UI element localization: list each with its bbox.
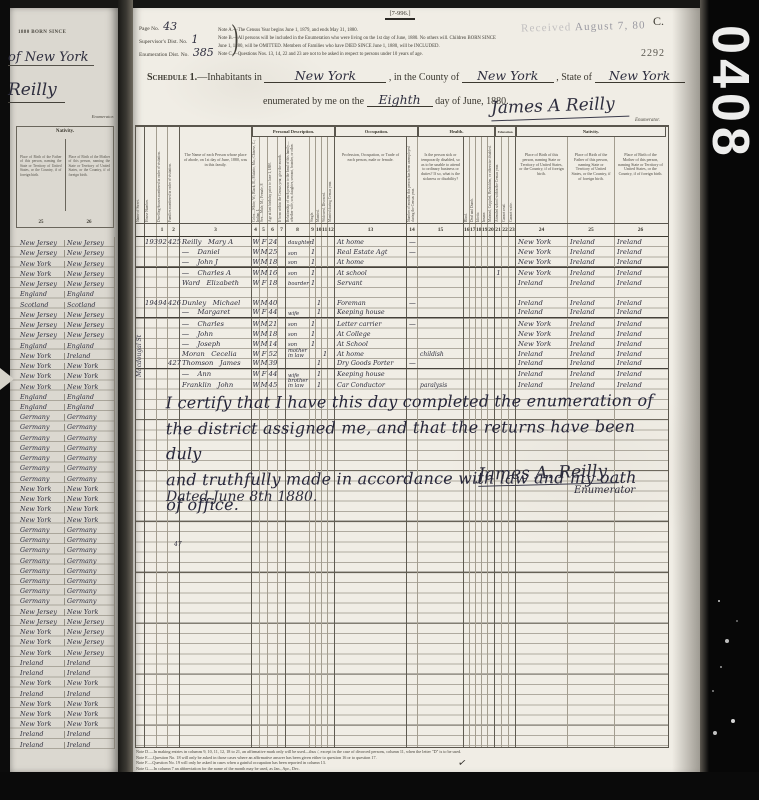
prev-page-row: New Jersey New Jersey [10, 616, 114, 626]
cell-color: W [252, 371, 260, 379]
cell-occupation: At School [335, 341, 407, 349]
census-entry-row [136, 288, 668, 298]
prev-page-row: Germany Germany [10, 534, 114, 544]
prev-page-row: Germany Germany [10, 421, 114, 431]
cell-relationship: boarder [286, 282, 310, 288]
cell-maimed [488, 328, 495, 329]
cell-color: W [252, 239, 260, 247]
cell-cannot-read [502, 367, 509, 368]
cell-mother-birthplace: Ireland [615, 300, 666, 308]
mother-birthplace: Germany [65, 414, 97, 421]
column-header: Families numbered in order of visitation… [168, 127, 180, 223]
cell-family-no: 426 [168, 300, 180, 308]
column-number [136, 224, 145, 236]
film-bottom-band [0, 772, 759, 800]
cell-cannot-write [509, 316, 516, 317]
father-birthplace: New York [10, 721, 65, 728]
cell-father-birthplace: Ireland [568, 259, 615, 267]
cell-dwelling-no [157, 256, 168, 257]
cell-family-no [168, 378, 180, 379]
cell-father-birthplace: Ireland [568, 280, 615, 288]
cell-months-unemployed: — [407, 300, 418, 308]
cell-married-in-year [328, 287, 335, 288]
footer-notes: Note D.—In making entries in columns 9, … [136, 749, 668, 772]
cell-maimed [488, 256, 495, 257]
cell-married-in-year [328, 307, 335, 308]
cell-occupation [335, 297, 407, 298]
cell-months-unemployed [407, 266, 418, 267]
cell-dwelling-no [157, 358, 168, 359]
cell-birth-month [278, 328, 286, 329]
column-header: House Number. [145, 127, 157, 223]
father-birthplace: New Jersey [10, 312, 65, 319]
cell-house-no [145, 328, 157, 329]
cell-married-in-year [328, 348, 335, 349]
prev-page-row: New York New Jersey [10, 268, 114, 278]
cell-family-no [168, 256, 180, 257]
cell-cannot-write [509, 266, 516, 267]
father-birthplace: Germany [10, 476, 65, 483]
cell-age: 44 [268, 309, 278, 317]
father-birthplace: Scotland [10, 302, 65, 309]
column-header: Place of Birth of the Mother of this per… [615, 127, 666, 223]
cell-sex: M [260, 259, 268, 267]
cell-sex: F [260, 239, 268, 247]
prev-page-row: New Jersey New York [10, 605, 114, 615]
cell-married-in-year [328, 277, 335, 278]
prev-page-row: New York New York [10, 493, 114, 503]
cell-attended-school [495, 297, 502, 298]
table-body: Macdougal St 193 92 425 Reilly Mary A W … [136, 237, 668, 747]
cell-house-no: 194 [145, 300, 157, 308]
cell-mother-birthplace: Ireland [615, 371, 666, 379]
census-entry-row: ― Daniel W M 25 son 1 Real Estate Agt — [136, 247, 668, 257]
cell-sickness [418, 328, 464, 329]
cell-age: 21 [268, 321, 278, 329]
cell-occupation: Keeping house [335, 309, 407, 317]
cell-maimed [488, 358, 495, 359]
cell-sickness [418, 246, 464, 247]
cell-father-birthplace: Ireland [568, 300, 615, 308]
cell-house-no [145, 297, 157, 298]
cell-cannot-write [509, 297, 516, 298]
mother-birthplace: Germany [65, 578, 97, 585]
column-header: The Name of each Person whose place of a… [180, 127, 252, 223]
cell-father-birthplace: Ireland [568, 341, 615, 349]
cell-dwelling-no: 92 [157, 239, 168, 247]
cell-mother-birthplace: Ireland [615, 259, 666, 267]
prev-page-state-fragment: of New York [8, 50, 94, 66]
cell-cannot-read [502, 378, 509, 379]
cell-street [136, 256, 145, 257]
mother-birthplace: Germany [65, 435, 97, 442]
cell-birth-month [278, 297, 286, 298]
enumeration-date-line: enumerated by me on the Eighth day of Ju… [263, 94, 509, 107]
cell-relationship: son [286, 272, 310, 278]
mother-birthplace: New York [65, 373, 98, 380]
cell-street [136, 389, 145, 390]
cell-color: W [252, 300, 260, 308]
mother-birthplace: Ireland [65, 731, 90, 738]
cell-name: ― John J [180, 259, 252, 267]
cell-attended-school [495, 307, 502, 308]
cell-mother-birthplace: Ireland [615, 360, 666, 368]
cell-sex: F [260, 371, 268, 379]
cell-family-no: 427 [168, 360, 180, 368]
prev-page-row: New York New York [10, 503, 114, 513]
prev-page-row: Germany Germany [10, 452, 114, 462]
prev-page-row: Germany Germany [10, 585, 114, 595]
cell-occupation: At home [335, 239, 407, 247]
prev-page-row: Scotland Scotland [10, 298, 114, 308]
cell-house-no [145, 348, 157, 349]
column-number: 14 [407, 224, 418, 236]
page-no-label: Page No. [139, 26, 159, 32]
mother-birthplace: England [65, 394, 94, 401]
column-header: Name of Street. [136, 127, 145, 223]
prev-page-row: Germany Germany [10, 575, 114, 585]
cell-street [136, 287, 145, 288]
cell-color: W [252, 360, 260, 368]
page-edge-shadow [672, 8, 700, 772]
cell-occupation: Keeping house [335, 371, 407, 379]
prev-page-row: New York New Jersey [10, 646, 114, 656]
father-birthplace: Germany [10, 455, 65, 462]
cell-sickness [418, 378, 464, 379]
cell-sickness [418, 277, 464, 278]
cell-mother-birthplace: Ireland [615, 309, 666, 317]
cell-family-no [168, 277, 180, 278]
cell-maimed [488, 338, 495, 339]
cell-sex: M [260, 300, 268, 308]
column-header: Age at last birthday prior to June 1, 18… [268, 127, 278, 223]
cell-months-unemployed [407, 378, 418, 379]
form-number: [7-996.] [365, 10, 435, 17]
column-number: 23 [509, 224, 516, 236]
cell-father-birthplace: Ireland [568, 360, 615, 368]
prev-page-row: New York Ireland [10, 350, 114, 360]
column-number: 3 [180, 224, 252, 236]
enumerator-printed-label: Enumerator. [635, 118, 660, 123]
cell-street [136, 307, 145, 308]
prev-page-row: New Jersey New Jersey [10, 278, 114, 288]
cell-birthplace: Ireland [516, 371, 568, 379]
prev-page-row: Germany Germany [10, 411, 114, 421]
cell-birthplace: New York [516, 321, 568, 329]
cell-relationship: mother in law [286, 349, 310, 360]
mother-birthplace: New Jersey [65, 619, 104, 626]
cell-father-birthplace [568, 297, 615, 298]
cell-family-no [168, 348, 180, 349]
mother-birthplace: New Jersey [65, 281, 104, 288]
prev-page-row: Germany Germany [10, 544, 114, 554]
cell-age: 40 [268, 300, 278, 308]
census-entry-row: 194 94 426 Dunley Michael W M 40 1 Fo [136, 298, 668, 308]
cell-dwelling-no [157, 378, 168, 379]
cell-birthplace: New York [516, 249, 568, 257]
cell-married-in-year [328, 266, 335, 267]
prev-page-birthplace-rows: New Jersey New Jersey New Jersey New Jer… [10, 237, 115, 749]
mother-birthplace: New Jersey [65, 629, 104, 636]
cell-maimed [488, 348, 495, 349]
cell-months-unemployed: — [407, 249, 418, 257]
cell-name: Franklin John [180, 382, 252, 390]
cell-married-in-year [328, 358, 335, 359]
cell-married-in-year [328, 316, 335, 317]
column-number: 21 [495, 224, 502, 236]
prev-page-row: Germany Germany [10, 524, 114, 534]
cell-family-no [168, 266, 180, 267]
cell-house-no [145, 266, 157, 267]
cell-house-no [145, 316, 157, 317]
cell-attended-school [495, 358, 502, 359]
column-number: 22 [502, 224, 509, 236]
mother-birthplace: New Jersey [65, 332, 104, 339]
mother-birthplace: New Jersey [65, 250, 104, 257]
cell-cannot-read [502, 338, 509, 339]
cell-months-unemployed [407, 316, 418, 317]
note-b: Note B.—All persons will be included in … [218, 35, 553, 43]
mother-birthplace: Germany [65, 455, 97, 462]
cell-sickness [418, 297, 464, 298]
supervisor-dist-label: Supervisor's Dist. No. [139, 39, 187, 45]
cell-occupation: Letter carrier [335, 321, 407, 329]
group-education: Education. [495, 127, 516, 137]
cell-family-no [168, 338, 180, 339]
cell-father-birthplace: Ireland [568, 309, 615, 317]
prev-page-row: New York New Jersey [10, 257, 114, 267]
census-entry-row: ― Charles A W M 16 son 1 At school [136, 268, 668, 278]
father-birthplace: Ireland [10, 742, 65, 749]
census-entry-row: ― John W M 18 son 1 At College [136, 329, 668, 339]
father-birthplace: Germany [10, 578, 65, 585]
cell-maimed [488, 277, 495, 278]
father-birthplace: England [10, 404, 65, 411]
note-b-cont: June 1, 1880, will be OMITTED. Members o… [218, 43, 553, 51]
cell-birthplace: New York [516, 259, 568, 267]
cell-cannot-write [509, 256, 516, 257]
father-birthplace: Ireland [10, 731, 65, 738]
cell-birth-month [278, 378, 286, 379]
cell-color: W [252, 309, 260, 317]
cell-occupation: At College [335, 331, 407, 339]
mother-birthplace: Germany [65, 476, 97, 483]
father-birthplace: Germany [10, 568, 65, 575]
cell-birth-month [278, 338, 286, 339]
mother-birthplace: New Jersey [65, 639, 104, 646]
prev-page-row: New Jersey New Jersey [10, 247, 114, 257]
cell-color: W [252, 270, 260, 278]
cell-sickness [418, 266, 464, 267]
prev-page-row: England England [10, 391, 114, 401]
cell-house-no [145, 358, 157, 359]
cell-dwelling-no [157, 297, 168, 298]
prev-page-row: New York New Jersey [10, 626, 114, 636]
prev-page-row: New York New York [10, 380, 114, 390]
cell-cannot-read [502, 348, 509, 349]
column-number: 25 [568, 224, 615, 236]
cell-street [136, 328, 145, 329]
county-label: , in the County of [389, 72, 459, 83]
certification-line: the district assigned me, and that the r… [166, 413, 656, 467]
father-birthplace: Germany [10, 465, 65, 472]
reel-number: 0408 [700, 0, 759, 185]
cell-months-unemployed: — [407, 321, 418, 329]
supervisor-dist-value: 1 [191, 33, 198, 46]
cell-father-birthplace: Ireland [568, 331, 615, 339]
stray-mark: 47 [174, 541, 182, 548]
cell-name: ― Daniel [180, 249, 252, 257]
cell-mother-birthplace [615, 297, 666, 298]
column-header: Place of Birth of this person, naming St… [516, 127, 568, 223]
printed-notes: Note A.—The Census Year begins June 1, 1… [218, 27, 553, 59]
cell-family-no [168, 316, 180, 317]
cell-occupation: Servant [335, 280, 407, 288]
cell-house-no [145, 367, 157, 368]
cell-cannot-write [509, 367, 516, 368]
cell-relationship: son [286, 252, 310, 258]
cell-street [136, 297, 145, 298]
prev-page-row: Germany Germany [10, 462, 114, 472]
cell-house-no [145, 256, 157, 257]
cell-cannot-write [509, 307, 516, 308]
column-header: Number of months this person has been un… [407, 127, 418, 223]
column-number: 6 [268, 224, 278, 236]
cell-sickness [418, 367, 464, 368]
column-header: Is the person sick or temporarily disabl… [418, 127, 464, 223]
father-birthplace: New York [10, 353, 65, 360]
cell-dwelling-no [157, 328, 168, 329]
cell-birthplace: Ireland [516, 360, 568, 368]
cell-birthplace: New York [516, 270, 568, 278]
cell-color: W [252, 331, 260, 339]
prev-page-row: England England [10, 288, 114, 298]
father-birthplace: New Jersey [10, 281, 65, 288]
mother-birthplace: New York [65, 721, 98, 728]
cell-sickness [418, 256, 464, 257]
prev-page-row: New York New York [10, 698, 114, 708]
cell-sex [260, 297, 268, 298]
father-birthplace: Germany [10, 558, 65, 565]
cell-mother-birthplace: Ireland [615, 270, 666, 278]
mother-birthplace: Germany [65, 568, 97, 575]
cell-color: W [252, 259, 260, 267]
cell-maimed [488, 297, 495, 298]
cell-birth-month [278, 367, 286, 368]
mother-birthplace: New York [65, 680, 98, 687]
cell-house-no [145, 389, 157, 390]
certification-date: Dated June 8th 1880. [166, 489, 317, 505]
cell-father-birthplace: Ireland [568, 270, 615, 278]
corner-letter: C. [653, 14, 664, 29]
cell-relationship: brother in law [286, 379, 310, 390]
cell-name: ― Charles A [180, 270, 252, 278]
group-nativity: Nativity. [516, 127, 666, 137]
cell-age: 16 [268, 270, 278, 278]
cell-mother-birthplace: Ireland [615, 239, 666, 247]
cell-birth-month [278, 358, 286, 359]
prev-page-row: New York New York [10, 370, 114, 380]
cell-cannot-write [509, 348, 516, 349]
column-number [145, 224, 157, 236]
cell-name: Thomson James [180, 360, 252, 368]
father-birthplace: New York [10, 486, 65, 493]
cell-mother-birthplace: Ireland [615, 249, 666, 257]
father-birthplace: England [10, 343, 65, 350]
census-entry-row: 193 92 425 Reilly Mary A W F 24 daughter… [136, 237, 668, 247]
cell-attended-school [495, 246, 502, 247]
prev-page-row: Ireland Ireland [10, 738, 114, 748]
cell-house-no [145, 378, 157, 379]
census-page: [7-996.] Received August 7, 80 C. 2292 P… [133, 8, 700, 772]
column-header: Maimed, Crippled, Bedridden, or otherwis… [488, 127, 495, 223]
cell-father-birthplace: Ireland [568, 239, 615, 247]
father-birthplace: Ireland [10, 670, 65, 677]
film-top-band [0, 0, 759, 8]
cell-months-unemployed [407, 338, 418, 339]
cell-name: ― John [180, 331, 252, 339]
cell-occupation: Dry Goods Porter [335, 360, 407, 368]
cell-months-unemployed: — [407, 239, 418, 247]
prev-page-row: England England [10, 339, 114, 349]
group-health: Health. [418, 127, 495, 137]
cell-sex: M [260, 270, 268, 278]
column-number: 26 [615, 224, 666, 236]
cell-dwelling-no [157, 266, 168, 267]
column-number: 13 [335, 224, 407, 236]
prev-page-row: New York New Jersey [10, 636, 114, 646]
cell-cannot-write [509, 358, 516, 359]
cell-attended-school [495, 256, 502, 257]
cell-attended-school [495, 367, 502, 368]
cell-maimed [488, 266, 495, 267]
state-label: , State of [556, 72, 592, 83]
prev-page-nativity-label: Nativity. [17, 129, 113, 134]
note-a: Note A.—The Census Year begins June 1, 1… [218, 27, 553, 35]
certification-line: I certify that I have this day completed… [166, 388, 656, 416]
cell-sex: M [260, 249, 268, 257]
cell-dwelling-no [157, 316, 168, 317]
mother-birthplace: New York [65, 496, 98, 503]
father-birthplace: New York [10, 363, 65, 370]
cell-attended-school [495, 338, 502, 339]
mother-birthplace: New Jersey [65, 261, 104, 268]
column-number: 8 [286, 224, 310, 236]
cell-name: ― Joseph [180, 341, 252, 349]
cell-cannot-read [502, 266, 509, 267]
mother-birthplace: Germany [65, 558, 97, 565]
cell-sex: M [260, 360, 268, 368]
certification-signature-label: Enumerator [574, 485, 635, 496]
cell-attended-school [495, 378, 502, 379]
cell-family-no: 425 [168, 239, 180, 247]
cell-street [136, 378, 145, 379]
mother-birthplace: New York [65, 701, 98, 708]
prev-page-note-fragment: 1880 BORN SINCE [18, 30, 66, 35]
father-birthplace: New York [10, 496, 65, 503]
cell-cannot-read [502, 307, 509, 308]
cell-mother-birthplace: Ireland [615, 321, 666, 329]
cell-relationship: son [286, 333, 310, 339]
census-entry-row: ― Ann W F 44 wife 1 Keeping house [136, 369, 668, 379]
cell-house-no: 193 [145, 239, 157, 247]
prev-page-row: New York New York [10, 708, 114, 718]
cell-color [252, 297, 260, 298]
mother-birthplace: New York [65, 363, 98, 370]
cell-street [136, 348, 145, 349]
group-occupation: Occupation. [335, 127, 418, 137]
census-entry-row: ― Joseph W M 14 son 1 At School [136, 339, 668, 349]
